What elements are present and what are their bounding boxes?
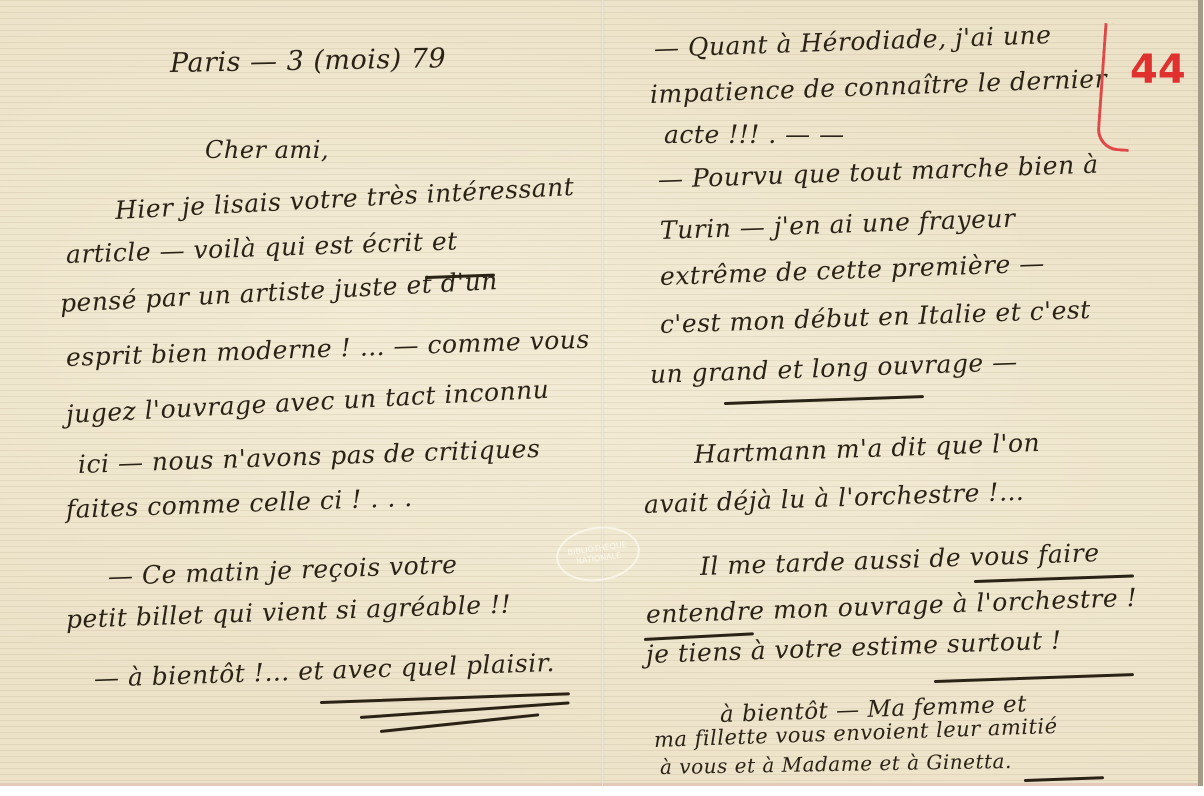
underline-ginetta — [1024, 776, 1104, 782]
underline-long — [724, 395, 924, 405]
letter-line: faites comme celle ci ! . . . — [65, 483, 412, 524]
letter-line: acte !!! . — — — [664, 120, 845, 149]
letter-line: jugez l'ouvrage avec un tact inconnu — [65, 375, 550, 429]
letter-line: — à bientôt !… et avec quel plaisir. — [93, 648, 555, 693]
underline-surtout — [934, 673, 1134, 683]
letter-line: — Ce matin je reçois votre — [107, 550, 457, 591]
letter-line: entendre mon ouvrage à l'orchestre ! — [645, 583, 1137, 629]
letter-line: article — voilà qui est écrit et — [65, 226, 458, 269]
left-page: Paris — 3 (mois) 79 Cher ami, Hier je li… — [0, 0, 600, 786]
letter-line: petit billet qui vient si agréable !! — [65, 589, 511, 634]
letter-sheet: Paris — 3 (mois) 79 Cher ami, Hier je li… — [0, 0, 1203, 786]
letter-line: Hartmann m'a dit que l'on — [693, 428, 1040, 469]
letter-line: extrême de cette première — — [659, 249, 1045, 291]
dateline: Paris — 3 (mois) 79 — [170, 43, 447, 79]
salutation: Cher ami, — [205, 136, 329, 164]
letter-line: esprit bien moderne ! … — comme vous — [65, 325, 590, 372]
letter-line: — Quant à Hérodiade, j'ai une — [653, 20, 1051, 63]
letter-line: un grand et long ouvrage — — [649, 347, 1018, 389]
letter-line: impatience de connaître le dernier — [649, 64, 1107, 109]
letter-line: — Pourvu que tout marche bien à — [657, 150, 1098, 194]
letter-line: à vous et à Madame et à Ginetta. — [660, 749, 1012, 779]
letter-line: je tiens à votre estime surtout ! — [645, 626, 1061, 669]
underline-vous-faire — [974, 574, 1134, 583]
letter-line: Hier je lisais votre très intéressant — [114, 172, 575, 225]
folio-number: 44 — [1130, 50, 1186, 90]
letter-line: avait déjà lu à l'orchestre !… — [643, 477, 1024, 519]
flourish-stroke — [380, 713, 539, 733]
letter-line: Turin — j'en ai une frayeur — [659, 204, 1015, 245]
letter-line: c'est mon début en Italie et c'est — [659, 295, 1091, 339]
letter-line: ici — nous n'avons pas de critiques — [77, 434, 540, 479]
letter-line: pensé par un artiste juste et d'un — [59, 266, 498, 318]
letter-line: Il me tarde aussi de vous faire — [699, 538, 1099, 581]
underline-plaisir — [320, 692, 570, 704]
